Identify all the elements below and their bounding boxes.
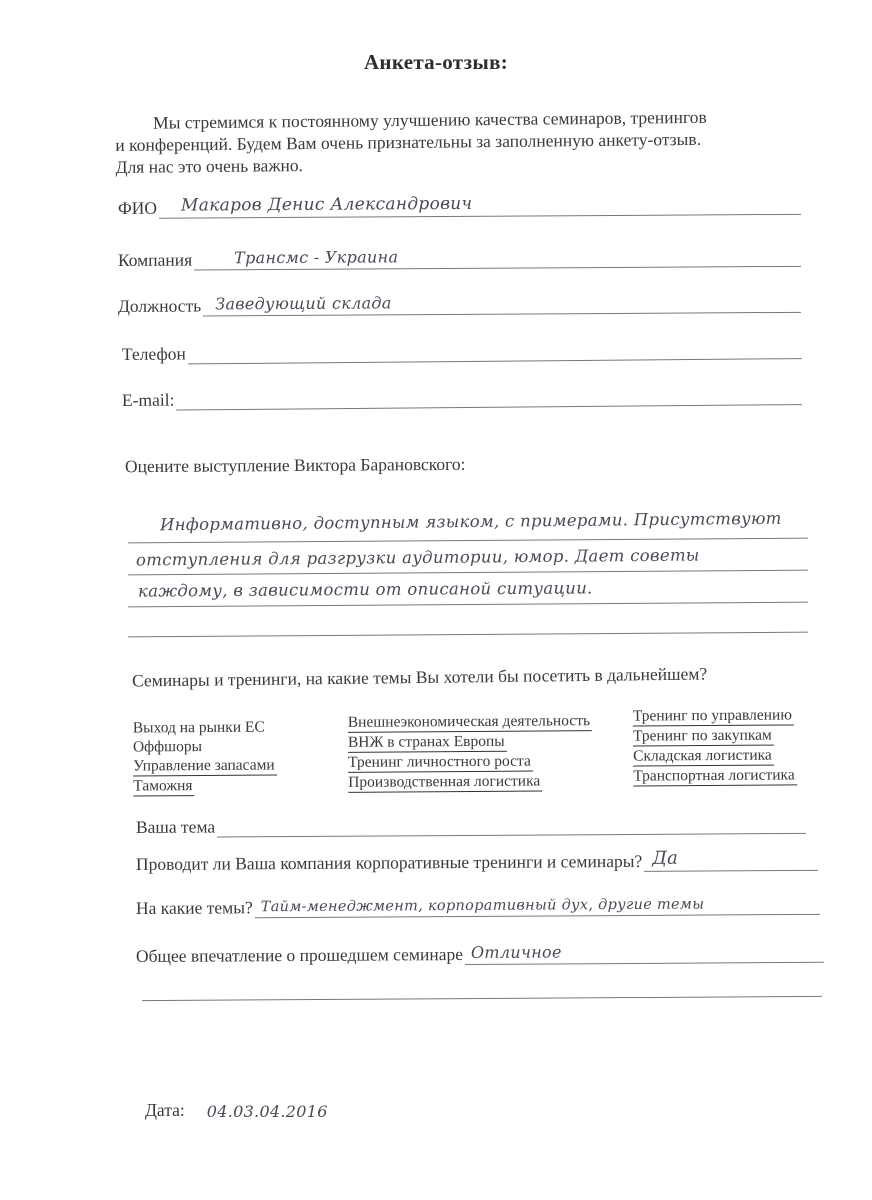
own-topic-label: Ваша тема <box>136 817 215 838</box>
topic-option-selected[interactable]: Таможня <box>133 776 194 796</box>
own-topic-field[interactable]: Ваша тема <box>136 811 806 838</box>
fio-field[interactable]: ФИО Макаров Денис Александрович <box>118 192 801 219</box>
fio-value[interactable]: Макаров Денис Александрович <box>181 194 472 216</box>
position-field[interactable]: Должность Заведующий склада <box>118 290 801 317</box>
which-topics-label: На какие темы? <box>136 897 253 919</box>
topics-question: Семинары и тренинги, на какие темы Вы хо… <box>132 663 707 691</box>
email-label: E-mail: <box>122 390 175 411</box>
topic-option-selected[interactable]: Транспортная логистика <box>633 765 797 786</box>
topic-option-selected[interactable]: Тренинг личностного роста <box>348 752 533 773</box>
company-label: Компания <box>118 250 192 271</box>
intro-text: Мы стремимся к постоянному улучшению кач… <box>115 105 816 178</box>
topic-option-selected[interactable]: ВНЖ в странах Европы <box>348 732 507 753</box>
evaluation-answer-2[interactable]: отступления для разгрузки аудитории, юмо… <box>136 546 700 570</box>
which-topics-field[interactable]: На какие темы? Тайм-менеджмент, корпорат… <box>136 892 820 919</box>
impression-extra-line[interactable] <box>142 996 822 1001</box>
evaluation-line-2[interactable] <box>128 570 808 576</box>
corporate-label: Проводит ли Ваша компания корпоративные … <box>136 851 642 875</box>
topic-option[interactable]: Выход на рынки ЕС <box>133 717 277 737</box>
phone-label: Телефон <box>122 343 186 365</box>
email-field[interactable]: E-mail: <box>122 382 802 411</box>
company-field[interactable]: Компания Трансмс - Украина <box>118 244 801 271</box>
topic-option-selected[interactable]: Внешнеэкономическая деятельность <box>348 711 592 733</box>
evaluation-answer-1[interactable]: Информативно, доступным языком, с пример… <box>160 509 782 535</box>
topic-option-selected[interactable]: Производственная логистика <box>348 771 542 792</box>
evaluation-line-4[interactable] <box>128 632 808 638</box>
topics-column-2: Внешнеэкономическая деятельность ВНЖ в с… <box>348 711 593 793</box>
company-value[interactable]: Трансмс - Украина <box>234 247 398 267</box>
topic-option-selected[interactable]: Складская логистика <box>633 746 774 767</box>
corporate-field[interactable]: Проводит ли Ваша компания корпоративные … <box>136 848 818 875</box>
topics-column-3: Тренинг по управлению Тренинг по закупка… <box>633 705 797 786</box>
impression-value[interactable]: Отличное <box>471 942 562 962</box>
topic-option[interactable]: Оффшоры <box>133 736 277 756</box>
date-label: Дата: <box>145 1100 185 1121</box>
topics-column-1: Выход на рынки ЕС Оффшоры Управление зап… <box>133 717 277 796</box>
which-topics-value[interactable]: Тайм-менеджмент, корпоративный дух, друг… <box>261 897 705 916</box>
impression-field[interactable]: Общее впечатление о прошедшем семинаре О… <box>136 940 824 967</box>
position-value[interactable]: Заведующий склада <box>215 293 392 313</box>
corporate-value[interactable]: Да <box>652 848 678 869</box>
topic-option-selected[interactable]: Тренинг по закупкам <box>633 726 774 747</box>
evaluation-line-1[interactable] <box>128 538 808 544</box>
evaluation-line-3[interactable] <box>128 602 808 608</box>
date-value[interactable]: 04.03.04.2016 <box>207 1102 328 1121</box>
evaluation-question: Оцените выступление Виктора Барановского… <box>125 454 466 477</box>
evaluation-answer-3[interactable]: каждому, в зависимости от описаной ситуа… <box>138 578 593 600</box>
position-label: Должность <box>118 295 201 317</box>
date-field[interactable]: Дата: 04.03.04.2016 <box>145 1100 328 1121</box>
topic-option-selected[interactable]: Управление запасами <box>133 755 277 776</box>
impression-label: Общее впечатление о прошедшем семинаре <box>136 944 463 967</box>
phone-field[interactable]: Телефон <box>122 336 802 365</box>
fio-label: ФИО <box>118 198 157 219</box>
topic-option-selected[interactable]: Тренинг по управлению <box>633 705 794 726</box>
form-title: Анкета-отзыв: <box>0 50 872 75</box>
